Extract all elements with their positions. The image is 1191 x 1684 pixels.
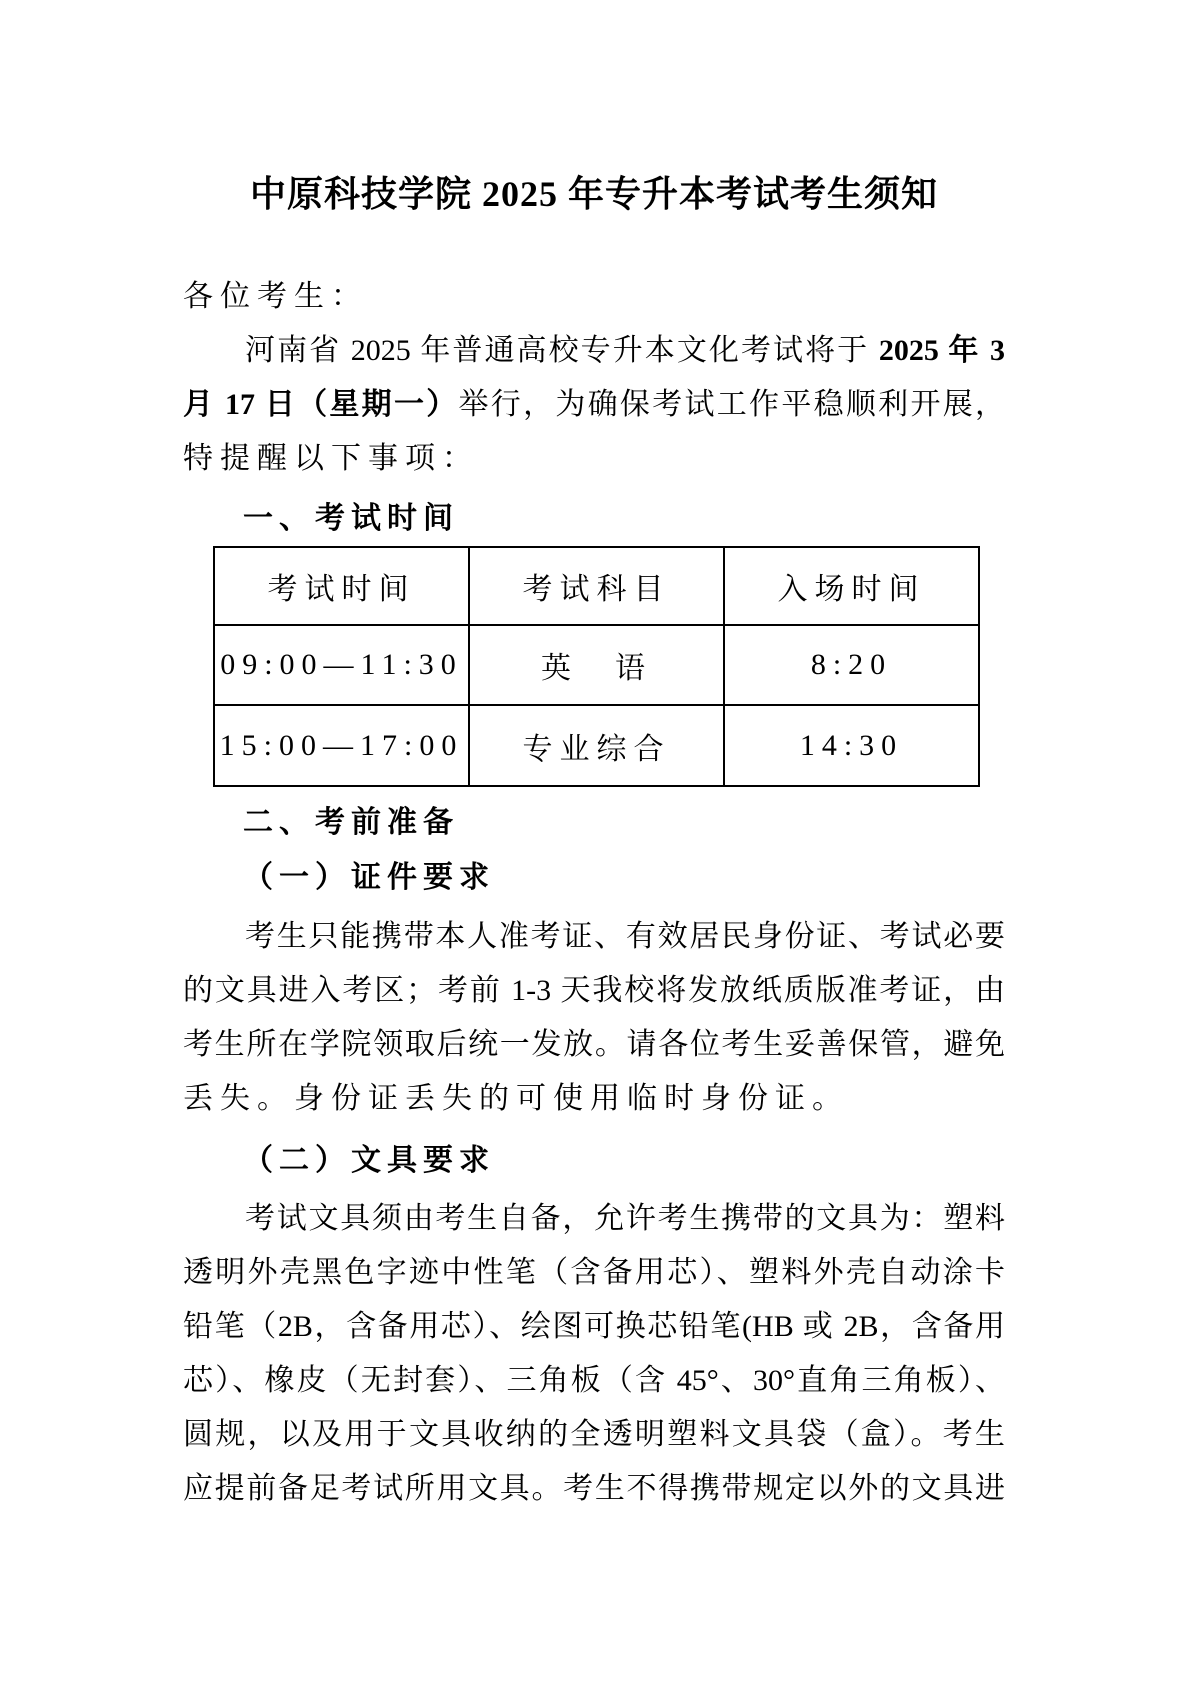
intro-line-2-bold: 月 17 日（星期一） (183, 388, 459, 421)
document-content: 中原科技学院 2025 年专升本考试考生须知 各位考生： 河南省 2025 年普… (183, 172, 1005, 1516)
paragraph-line: 芯）、橡皮（无封套）、三角板（含 45°、30°直角三角板）、 (183, 1354, 1005, 1408)
paragraph-stationery-requirements: 考试文具须由考生自备，允许考生携带的文具为：塑料 透明外壳黑色字迹中性笔（含备用… (183, 1192, 1005, 1516)
sub2-heading: （二）文具要求 (183, 1137, 1005, 1185)
cell-subject-row2: 专业综合 (469, 705, 724, 786)
cell-entry-row1: 8:20 (724, 625, 979, 705)
intro-line-3: 特提醒以下事项： (183, 432, 1005, 486)
paragraph-line: 透明外壳黑色字迹中性笔（含备用芯）、塑料外壳自动涂卡 (183, 1246, 1005, 1300)
section1-heading: 一、考试时间 (183, 495, 1005, 543)
cell-time-row1: 09:00—11:30 (214, 625, 469, 705)
header-exam-time: 考试时间 (214, 547, 469, 625)
intro-line-2: 月 17 日（星期一）举行，为确保考试工作平稳顺利开展， (183, 378, 1005, 432)
paragraph-line: 考生所在学院领取后统一发放。请各位考生妥善保管，避免 (183, 1018, 1005, 1072)
intro-line-1-normal: 河南省 2025 年普通高校专升本文化考试将于 (245, 334, 879, 367)
paragraph-line: 的文具进入考区；考前 1-3 天我校将发放纸质版准考证，由 (183, 964, 1005, 1018)
section2-heading: 二、考前准备 (183, 799, 1005, 847)
header-exam-subject: 考试科目 (469, 547, 724, 625)
paragraph-line: 铅笔（2B，含备用芯）、绘图可换芯铅笔(HB 或 2B，含备用 (183, 1300, 1005, 1354)
intro-line-1-bold: 2025 年 3 (879, 334, 1005, 367)
exam-schedule-table: 考试时间 考试科目 入场时间 09:00—11:30 英 语 8:20 15:0… (213, 546, 980, 787)
paragraph-line: 丢失。身份证丢失的可使用临时身份证。 (183, 1072, 1005, 1126)
document-page: 中原科技学院 2025 年专升本考试考生须知 各位考生： 河南省 2025 年普… (0, 0, 1191, 1684)
header-entry-time: 入场时间 (724, 547, 979, 625)
cell-entry-row2: 14:30 (724, 705, 979, 786)
cell-subject-row1: 英 语 (469, 625, 724, 705)
paragraph-line: 圆规，以及用于文具收纳的全透明塑料文具袋（盒）。考生 (183, 1408, 1005, 1462)
doc-title: 中原科技学院 2025 年专升本考试考生须知 (183, 172, 1005, 216)
table-header-row: 考试时间 考试科目 入场时间 (214, 547, 979, 625)
sub1-heading: （一）证件要求 (183, 854, 1005, 902)
table-row: 15:00—17:00 专业综合 14:30 (214, 705, 979, 786)
cell-time-row2: 15:00—17:00 (214, 705, 469, 786)
intro-line-2-normal: 举行，为确保考试工作平稳顺利开展， (459, 388, 1005, 421)
paragraph-id-requirements: 考生只能携带本人准考证、有效居民身份证、考试必要 的文具进入考区；考前 1-3 … (183, 910, 1005, 1126)
intro-line-1: 河南省 2025 年普通高校专升本文化考试将于 2025 年 3 (183, 324, 1005, 378)
paragraph-line: 考生只能携带本人准考证、有效居民身份证、考试必要 (183, 910, 1005, 964)
paragraph-line: 考试文具须由考生自备，允许考生携带的文具为：塑料 (183, 1192, 1005, 1246)
paragraph-line: 应提前备足考试所用文具。考生不得携带规定以外的文具进 (183, 1462, 1005, 1516)
table-row: 09:00—11:30 英 语 8:20 (214, 625, 979, 705)
salutation-line: 各位考生： (183, 270, 1005, 324)
